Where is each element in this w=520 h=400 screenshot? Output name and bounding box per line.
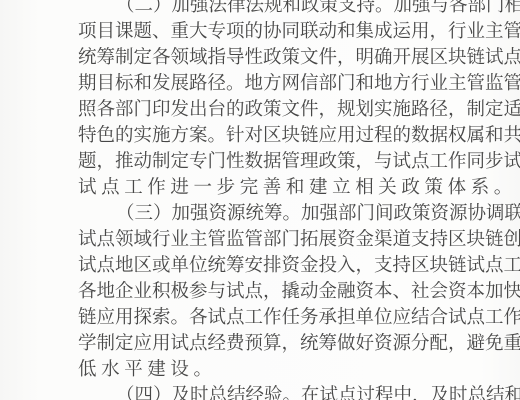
para-2-line-5: 照各部门印发出台的政策文件，规划实施路径，制定适用于本地 xyxy=(78,98,480,122)
para-3-line-4: 各地企业积极参与试点，撬动金融资本、社会资本加快开展区块 xyxy=(78,280,480,304)
para-3-line-2: 试点领域行业主管监管部门拓展资金渠道支持区块链创新应用。 xyxy=(78,228,480,252)
scanned-document-page: （二）加强法律法规和政策支持。加强与各部门相关政策、 项目课题、重大专项的协同联… xyxy=(0,0,520,400)
para-2-line-7: 题，推动制定专门性数据管理政策，与试点工作同步试行，通过 xyxy=(78,150,480,174)
para-3-line-7: 低水平建设。 xyxy=(78,358,480,382)
para-3-line-6: 学制定应用试点经费预算，统筹做好资源分配，避免重复建设、 xyxy=(78,332,480,356)
para-2-line-1: （二）加强法律法规和政策支持。加强与各部门相关政策、 xyxy=(116,0,480,18)
para-3-line-5: 链应用探索。各试点工作任务承担单位应结合试点工作实际，科 xyxy=(78,306,480,330)
para-2-line-4: 期目标和发展路径。地方网信部门和地方行业主管监管部门应参 xyxy=(78,72,480,96)
para-2-line-6: 特色的实施方案。针对区块链应用过程的数据权属和共享使用问 xyxy=(78,124,480,148)
scan-speck xyxy=(438,188,440,190)
para-2-line-2: 项目课题、重大专项的协同联动和集成运用，行业主管监管部门 xyxy=(78,20,480,44)
para-3-line-3: 试点地区或单位统筹安排资金投入，支持区块链试点工作。鼓励 xyxy=(78,254,480,278)
para-4-line-1: （四）及时总结经验。在试点过程中，及时总结和提炼试点 xyxy=(116,384,480,400)
para-2-line-8: 试点工作进一步完善和建立相关政策体系。 xyxy=(78,176,480,200)
para-2-line-3: 统筹制定各领域指导性政策文件，明确开展区块链试点应用的远 xyxy=(78,46,480,70)
para-3-line-1: （三）加强资源统筹。加强部门间政策资源协调联动，鼓励 xyxy=(116,202,480,226)
